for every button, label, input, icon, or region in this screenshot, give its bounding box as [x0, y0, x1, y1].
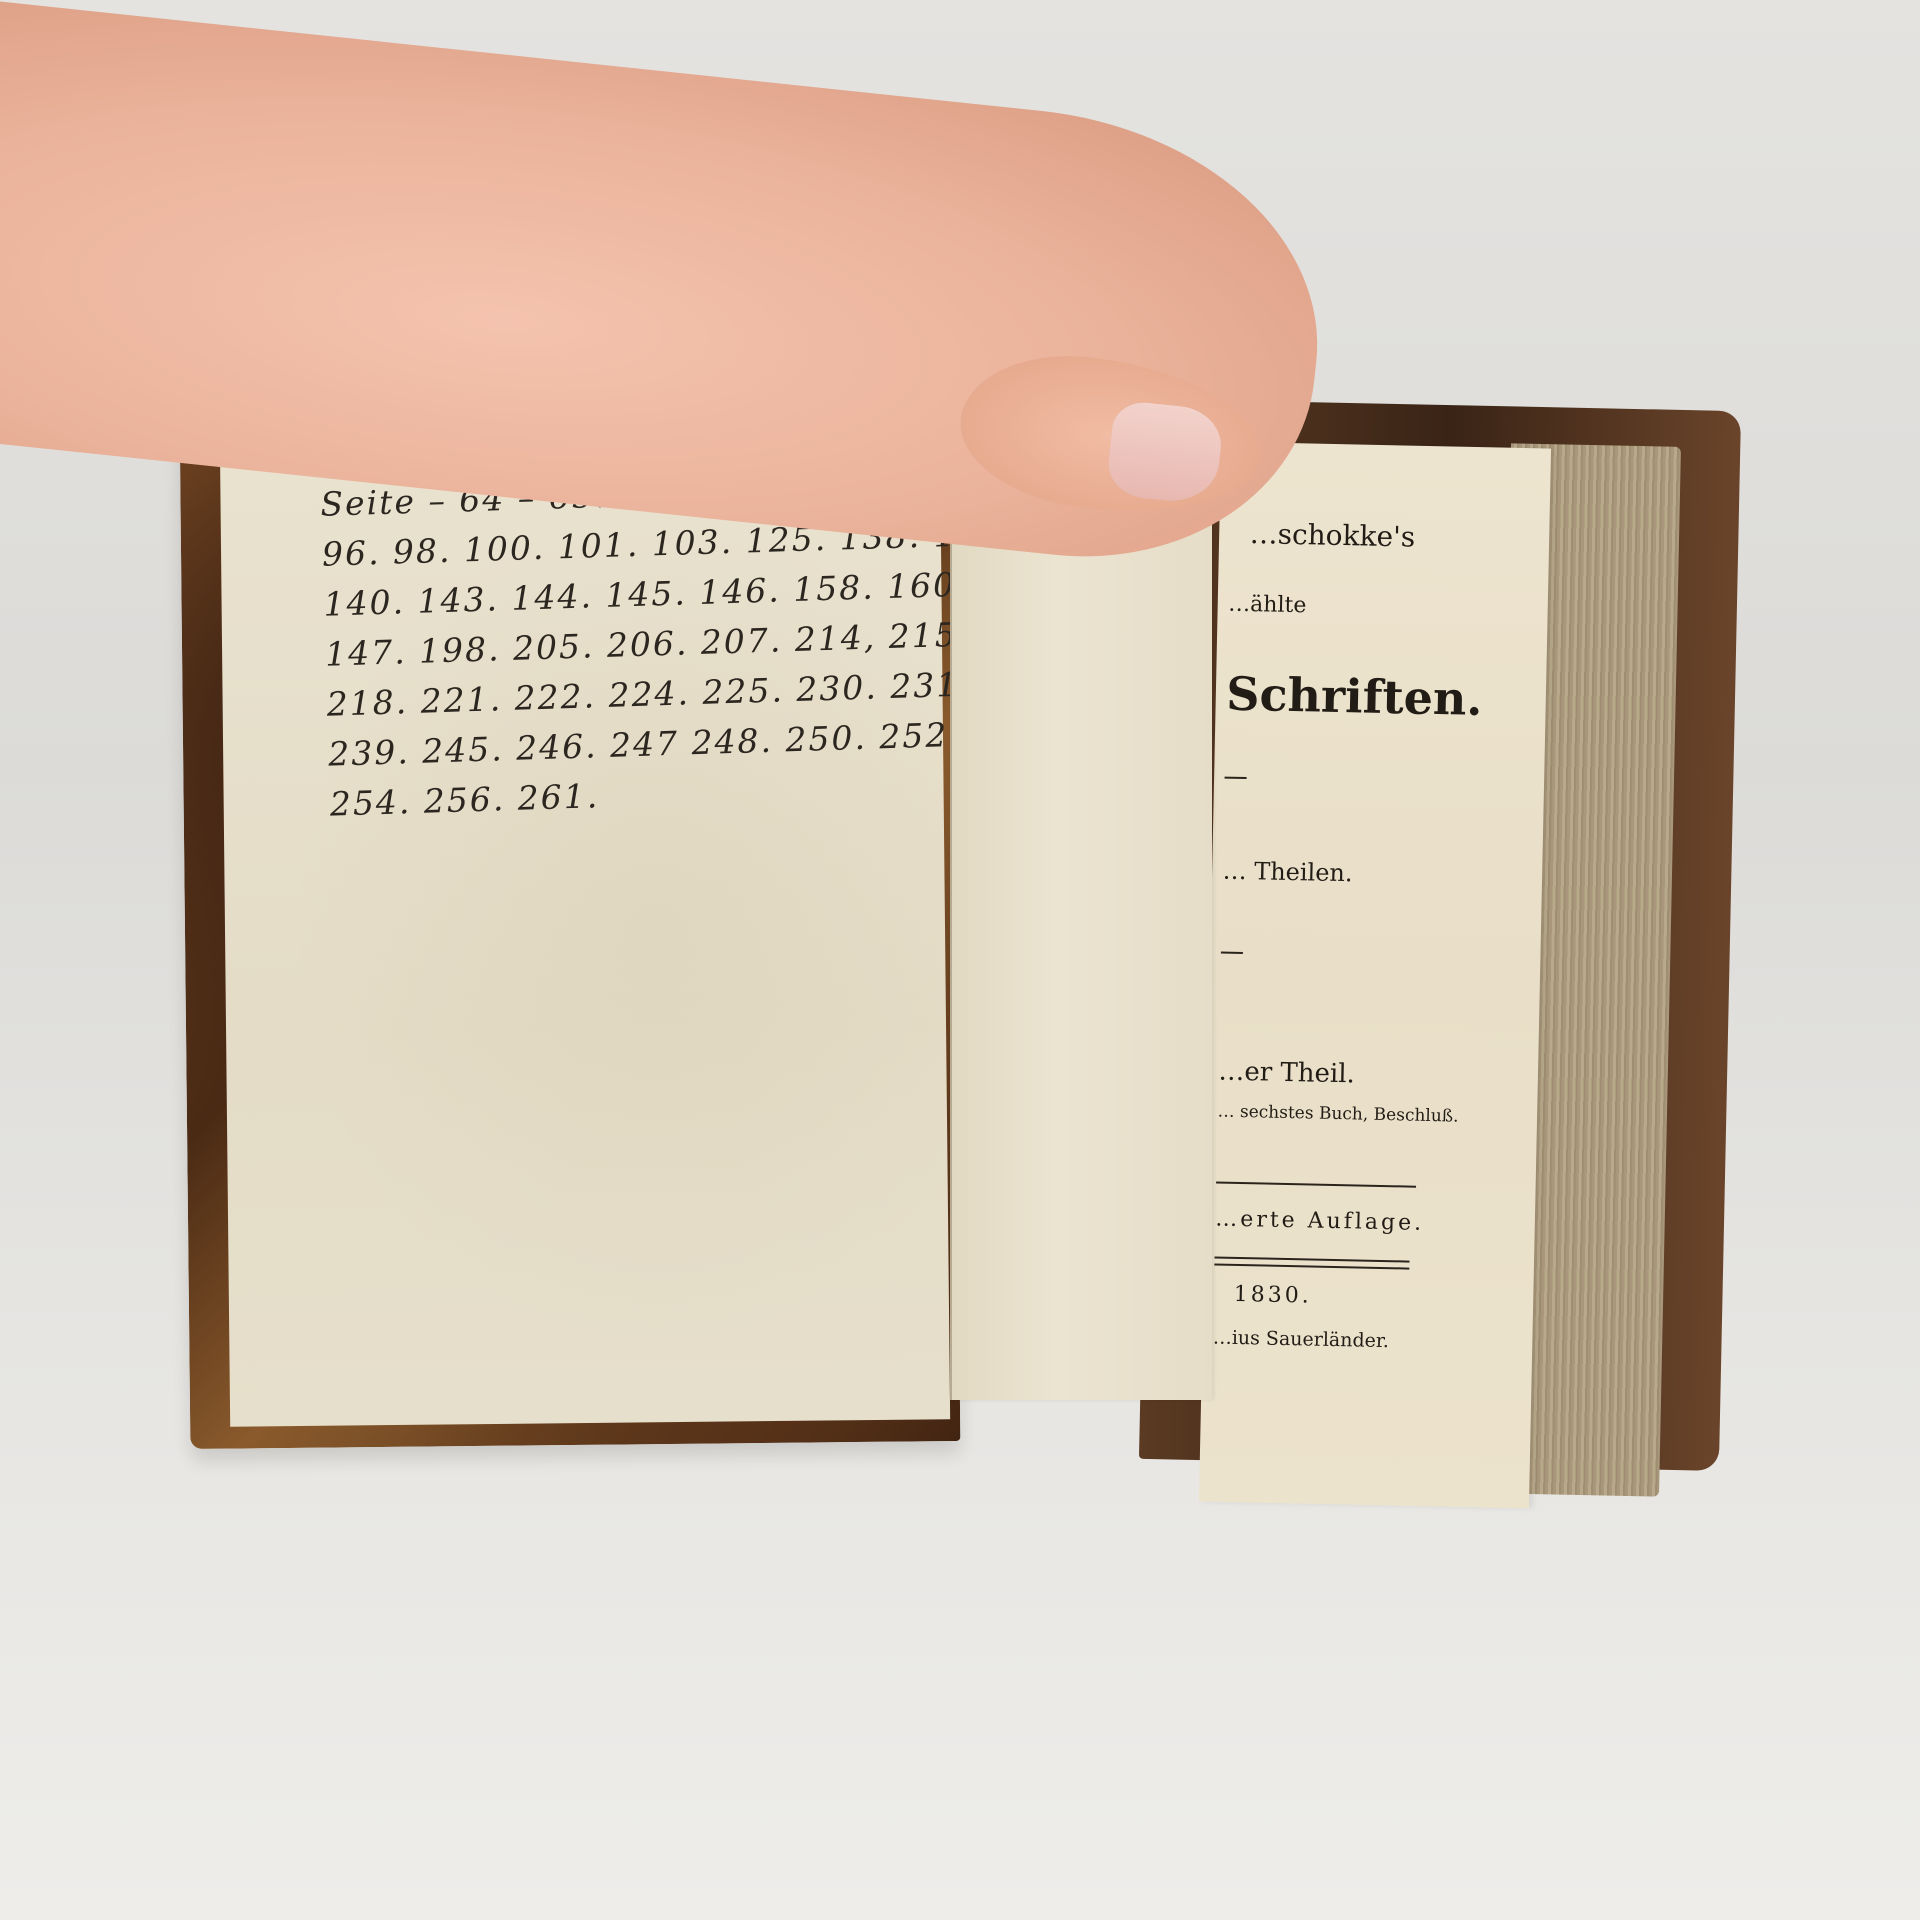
title-line: Schriften.: [1226, 667, 1483, 726]
author-line: …schokke's: [1249, 517, 1415, 553]
parts-line: … Theilen.: [1222, 857, 1352, 888]
short-rule: [1225, 777, 1247, 779]
short-rule: [1221, 952, 1243, 954]
volume-line: …er Theil.: [1218, 1057, 1355, 1090]
year-line: 1830.: [1233, 1282, 1311, 1309]
selected-line: …ählte: [1228, 592, 1307, 619]
photo-scene: Seite – 64 – 65. 66. 70. 71. 75. 85. 93.…: [0, 0, 1920, 1920]
publisher-line: …ius Sauerländer.: [1213, 1326, 1390, 1352]
edition-line: …erte Auflage.: [1215, 1206, 1424, 1235]
flyleaf-page: [950, 460, 1212, 1400]
